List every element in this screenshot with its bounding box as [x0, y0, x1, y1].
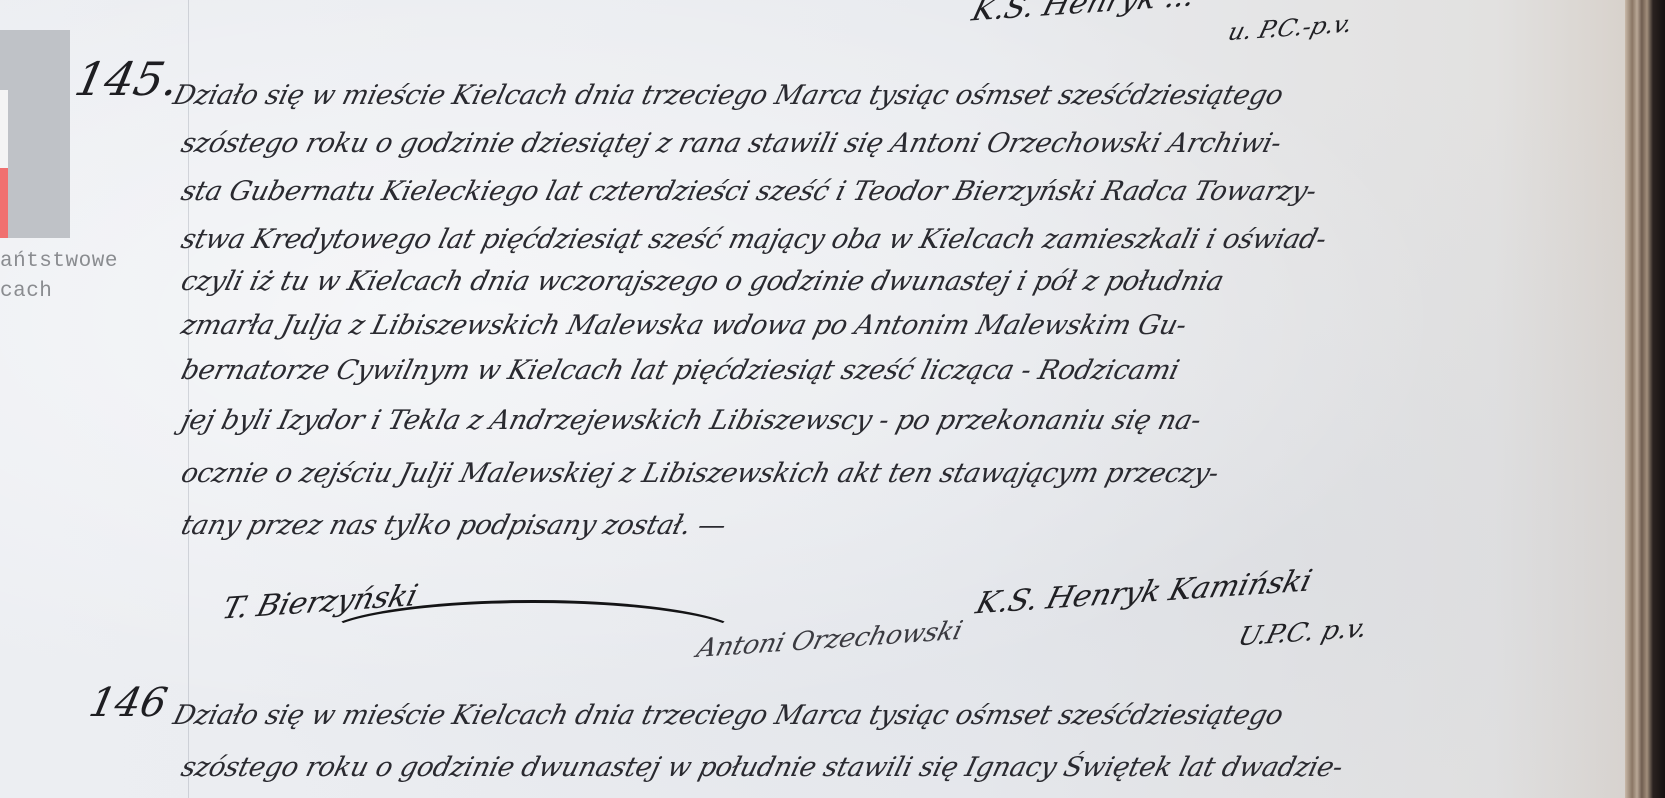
entry-line: jej byli Izydor i Tekla z Andrzejewskich…	[178, 405, 1204, 436]
watermark-text-line2: cach	[0, 280, 52, 303]
flag-white-stripe	[0, 90, 8, 168]
margin-rule	[188, 0, 189, 798]
flag-red-stripe	[0, 168, 8, 238]
book-binding-edge	[1625, 0, 1665, 798]
entry-line: Działo się w mieście Kielcach dnia trzec…	[170, 700, 1286, 731]
signature-flourish	[320, 600, 746, 676]
entry-line: szóstego roku o godzinie dziesiątej z ra…	[178, 128, 1284, 159]
entry-line: zmarła Julja z Libiszewskich Malewska wd…	[178, 310, 1190, 341]
signature-witness-orzechowski: Antoni Orzechowski	[694, 616, 966, 664]
watermark-text-line1: ańtstwowe	[0, 250, 118, 273]
entry-line: tany przez nas tylko podpisany został. —	[178, 510, 729, 541]
signature-registrar-title: U.P.C. p.v.	[1235, 614, 1370, 653]
archive-logo-watermark	[0, 30, 70, 238]
entry-line: bernatorze Cywilnym w Kielcach lat pięćd…	[178, 355, 1182, 386]
entry-line: stwa Kredytowego lat pięćdziesiąt sześć …	[178, 224, 1329, 255]
entry-number: 146	[85, 680, 171, 726]
entry-line: szóstego roku o godzinie dwunastej w poł…	[178, 752, 1346, 783]
entry-line: czyli iż tu w Kielcach dnia wczorajszego…	[178, 266, 1227, 297]
header-signature-name: K.S. Henryk ...	[968, 0, 1198, 29]
entry-line: ocznie o zejściu Julji Malewskiej z Libi…	[178, 458, 1222, 489]
signature-registrar: K.S. Henryk Kamiński	[972, 564, 1315, 622]
entry-line: sta Gubernatu Kieleckiego lat czterdzieś…	[178, 176, 1320, 207]
entry-line: Działo się w mieście Kielcach dnia trzec…	[170, 80, 1286, 111]
entry-number: 145.	[70, 52, 184, 106]
header-signature-title: u. P.C.-p.v.	[1225, 10, 1355, 46]
document-page: ańtstwowe cach K.S. Henryk ... u. P.C.-p…	[0, 0, 1625, 798]
